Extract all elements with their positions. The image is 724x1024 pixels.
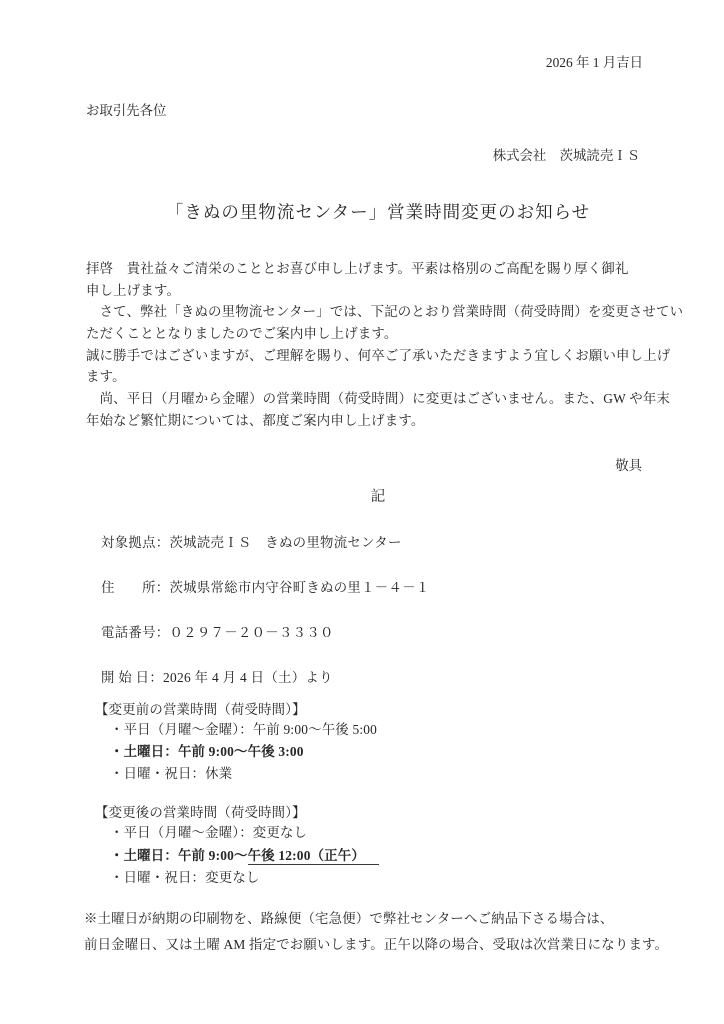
- detail-phone-number: 電話番号：０２９７－２０－３３３０: [101, 622, 670, 639]
- after-saturday-prefix: ・土曜日：午前 9:00～: [110, 848, 248, 863]
- body-line-1: 拝啓 貴社益々ご清栄のこととお喜び申し上げます。平素は格別のご高配を賜り厚く御礼: [86, 258, 670, 280]
- body-line-3: さて、弊社「きぬの里物流センター」では、下記のとおり営業時間（荷受時間）を変更さ…: [86, 301, 670, 323]
- sender-company-name: 株式会社 茨城読売ＩＳ: [86, 145, 670, 162]
- hours-after-heading: 【変更後の営業時間（荷受時間）】: [95, 802, 670, 822]
- after-weekday-hours: ・平日（月曜～金曜）：変更なし: [110, 822, 670, 844]
- detail-target-site: 対象拠点：茨城読売ＩＳ きぬの里物流センター: [101, 532, 670, 549]
- record-marker-ki: 記: [86, 485, 670, 504]
- document-date: 2026 年 1 月吉日: [86, 52, 670, 69]
- hours-before-block: 【変更前の営業時間（荷受時間）】 ・平日（月曜～金曜）：午前 9:00～午後 5…: [95, 699, 670, 786]
- before-weekday-hours: ・平日（月曜～金曜）：午前 9:00～午後 5:00: [110, 719, 670, 741]
- footnote-line-2: 前日金曜日、又は土曜 AM 指定でお願いします。正午以降の場合、受取は次営業日に…: [84, 932, 670, 958]
- business-letter-page: 2026 年 1 月吉日 お取引先各位 株式会社 茨城読売ＩＳ 「きぬの里物流セ…: [0, 0, 724, 1024]
- body-line-6: ます。: [86, 366, 670, 388]
- closing-keigu: 敬具: [86, 455, 670, 472]
- footnote-line-1: ※土曜日が納期の印刷物を、路線便（宅急便）で弊社センターへご納品下さる場合は、: [84, 906, 670, 932]
- body-line-7: 尚、平日（月曜から金曜）の営業時間（荷受時間）に変更はございません。また、GW …: [86, 388, 670, 410]
- body-line-4: ただくこととなりましたのでご案内申し上げます。: [86, 323, 670, 345]
- hours-before-heading: 【変更前の営業時間（荷受時間）】: [95, 699, 670, 719]
- detail-address: 住 所：茨城県常総市内守谷町きぬの里１－４－１: [101, 577, 670, 594]
- after-holiday-hours: ・日曜・祝日：変更なし: [110, 867, 670, 889]
- before-saturday-hours: ・土曜日：午前 9:00～午後 3:00: [110, 741, 670, 763]
- recipient-line: お取引先各位: [86, 100, 670, 117]
- document-title: 「きぬの里物流センター」営業時間変更のお知らせ: [86, 199, 670, 221]
- body-line-8: 年始など繁忙期については、都度ご案内申し上げます。: [86, 410, 670, 432]
- after-saturday-underlined-time: 午後 12:00（正午）: [248, 848, 379, 865]
- before-holiday-hours: ・日曜・祝日：休業: [110, 763, 670, 785]
- body-line-2: 申し上げます。: [86, 280, 670, 302]
- greeting-body: 拝啓 貴社益々ご清栄のこととお喜び申し上げます。平素は格別のご高配を賜り厚く御礼…: [86, 258, 670, 432]
- hours-after-block: 【変更後の営業時間（荷受時間）】 ・平日（月曜～金曜）：変更なし ・土曜日：午前…: [95, 802, 670, 889]
- body-line-5: 誠に勝手ではございますが、ご理解を賜り、何卒ご了承いただきますよう宜しくお願い申…: [86, 345, 670, 367]
- detail-start-date: 開 始 日：2026 年 4 月 4 日（土）より: [101, 667, 670, 684]
- footnote-block: ※土曜日が納期の印刷物を、路線便（宅急便）で弊社センターへご納品下さる場合は、 …: [84, 906, 670, 958]
- after-saturday-hours: ・土曜日：午前 9:00～午後 12:00（正午）: [110, 845, 670, 867]
- details-list: 対象拠点：茨城読売ＩＳ きぬの里物流センター 住 所：茨城県常総市内守谷町きぬの…: [101, 532, 670, 684]
